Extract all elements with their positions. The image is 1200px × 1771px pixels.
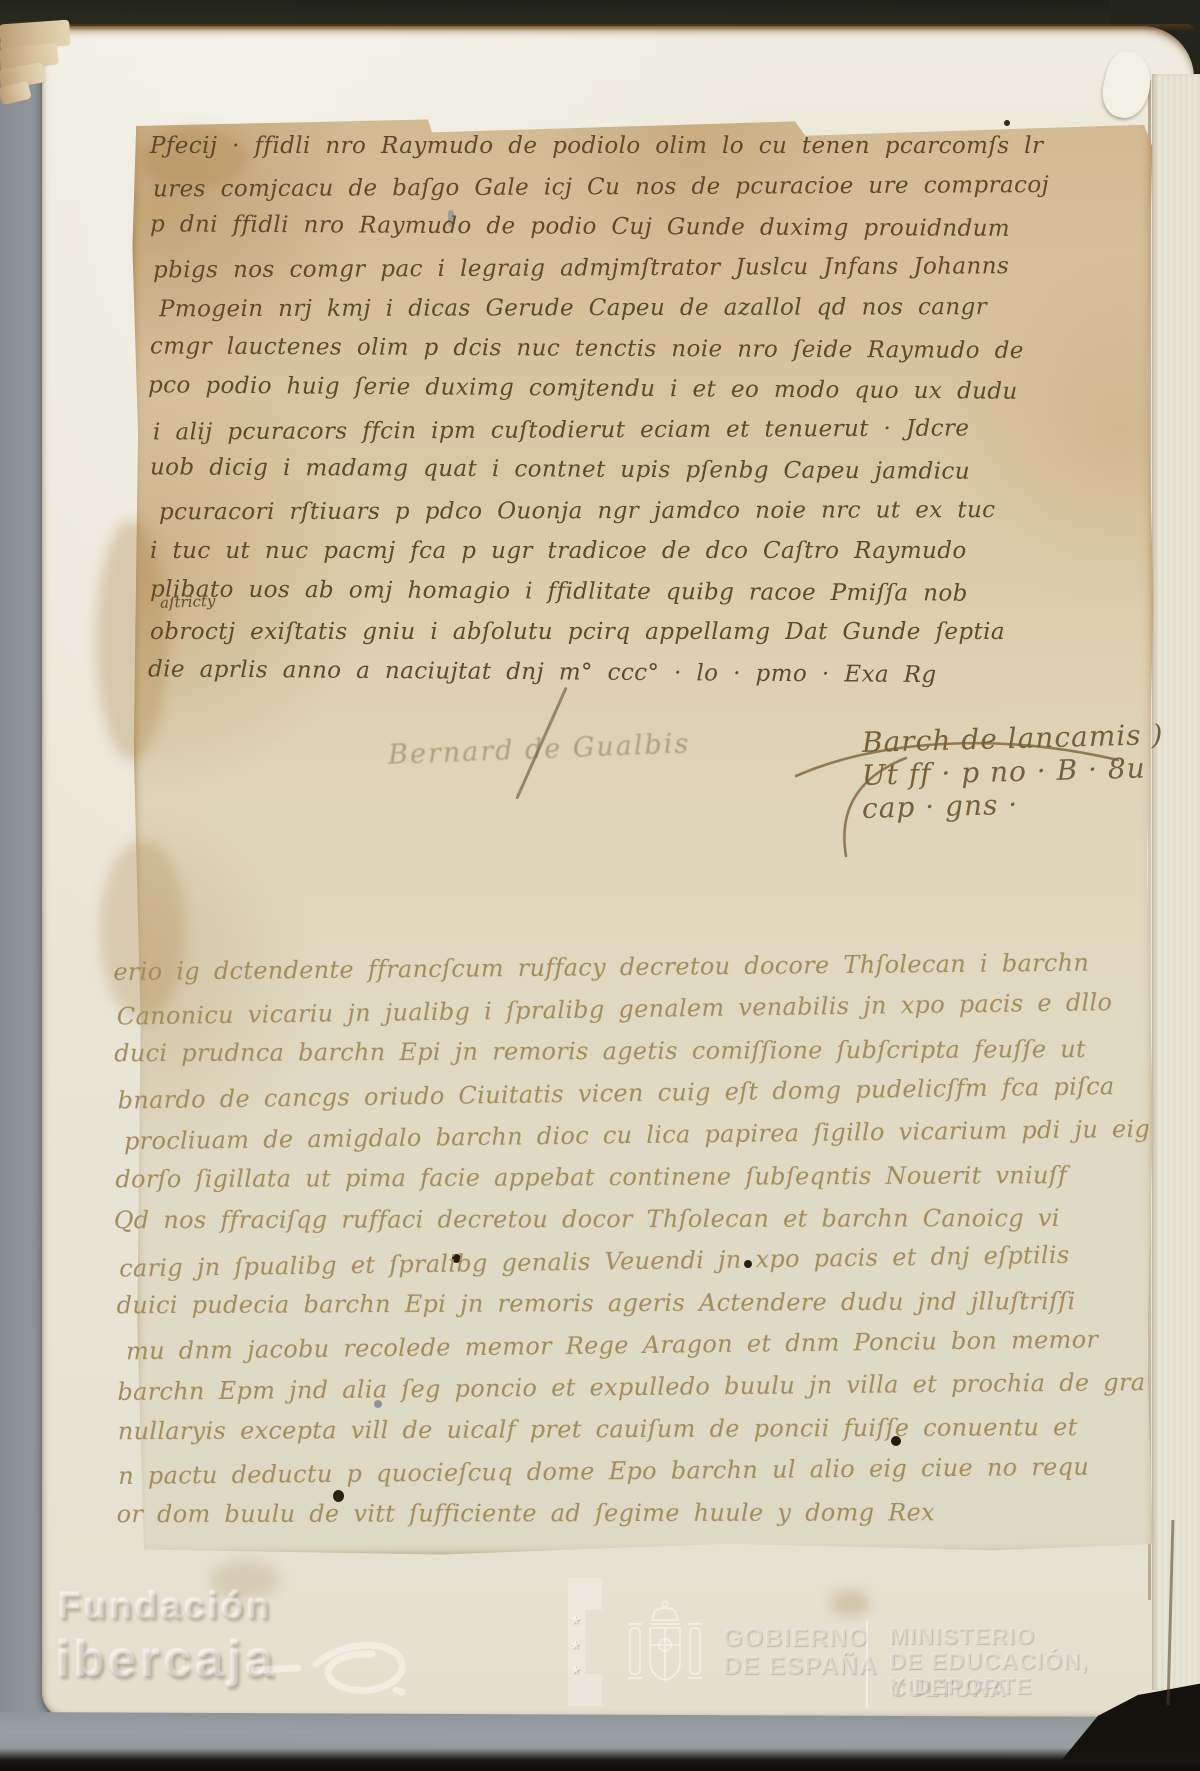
chancery-note-line: cap · gns · (862, 784, 1164, 825)
manuscript-line: pcuracori rſtiuars p pdco Ouonja ngr jam… (159, 489, 1161, 532)
ministerio-watermark-line3: Y DEPORTE (889, 1673, 1032, 1700)
gobierno-watermark-line1: GOBIERNO (723, 1624, 869, 1653)
manuscript-line: i tuc ut nuc pacmj fca p ugr tradicoe de… (150, 531, 1152, 572)
manuscript-line: obroctj exiſtatis gniu i abſolutu pcirq … (150, 612, 1152, 653)
star-icon: ★ (570, 1638, 581, 1652)
page-burnt-edge (46, 24, 1194, 31)
ministerio-watermark-line1: MINISTERIO (889, 1623, 1035, 1650)
manuscript-line: Pƒecij · ffidli nro Raymudo de podiolo o… (150, 126, 1152, 167)
gobierno-watermark-line2: DE ESPAÑA (723, 1652, 878, 1681)
stain (830, 1590, 870, 1616)
archive-photo: Pƒecij · ffidli nro Raymudo de podiolo o… (0, 0, 1200, 1771)
manuscript-line: pco podio huig ſerie duximg comjtendu i … (148, 365, 1150, 413)
star-icon: ★ (570, 1613, 581, 1627)
manuscript-line: cmgr lauctenes olim p dcis nuc tenctis n… (150, 326, 1152, 372)
manuscript-line: plibato uos ab omj homagio i ffidlitate … (150, 569, 1152, 615)
ibercaja-watermark-line1: Fundación (58, 1585, 272, 1627)
chancery-note: Barch de lancamis )Ut ff · p no · B · 8u… (862, 722, 1163, 821)
manuscript-line: pbigs nos comgr pac i legraig admjmſtrat… (153, 245, 1155, 290)
manuscript-line: i alij pcuracors ffcin ipm cuſtodierut e… (153, 407, 1155, 452)
desk-surface-left (0, 86, 46, 1726)
upper-text-block: Pƒecij · ffidli nro Raymudo de podiolo o… (150, 126, 1152, 693)
manuscript-line: Pmogein nrj kmj i dicas Gerude Capeu de … (159, 287, 1161, 330)
coat-of-arms-icon (622, 1598, 708, 1694)
shadow-bottom (0, 1748, 1200, 1771)
manuscript-line: p dni ffidli nro Raymudo de podio Cuj Gu… (150, 204, 1152, 250)
lower-text-block: erio ig dctendente ffrancſcum ruffacy de… (113, 941, 1163, 1539)
manuscript-line: or dom buulu de vitt ſufficiente ad ſegi… (117, 1491, 1161, 1535)
ibercaja-watermark-line2: ibercaja (56, 1630, 277, 1688)
manuscript-line: uob dicig i madamg quat i contnet upis p… (150, 447, 1152, 493)
manuscript-line: dorſo ſigillata ut pima facie appebat co… (115, 1154, 1159, 1201)
manuscript-line: n pactu deductu p quocieſcuq dome Epo ba… (118, 1445, 1162, 1497)
manuscript-line: die aprlis anno a naciujtat dnj m° ccc° … (148, 649, 1150, 697)
logo-divider (866, 1620, 868, 1708)
manuscript-line: ures comjcacu de baſgo Gale icj Cu nos d… (153, 164, 1155, 209)
ibercaja-swoosh-icon (246, 1624, 416, 1714)
star-icon: ★ (570, 1663, 581, 1677)
interlinear-correction: aſtricty (160, 592, 216, 612)
manuscript-line: nullaryis excepta vill de uicalf pret ca… (118, 1406, 1162, 1453)
